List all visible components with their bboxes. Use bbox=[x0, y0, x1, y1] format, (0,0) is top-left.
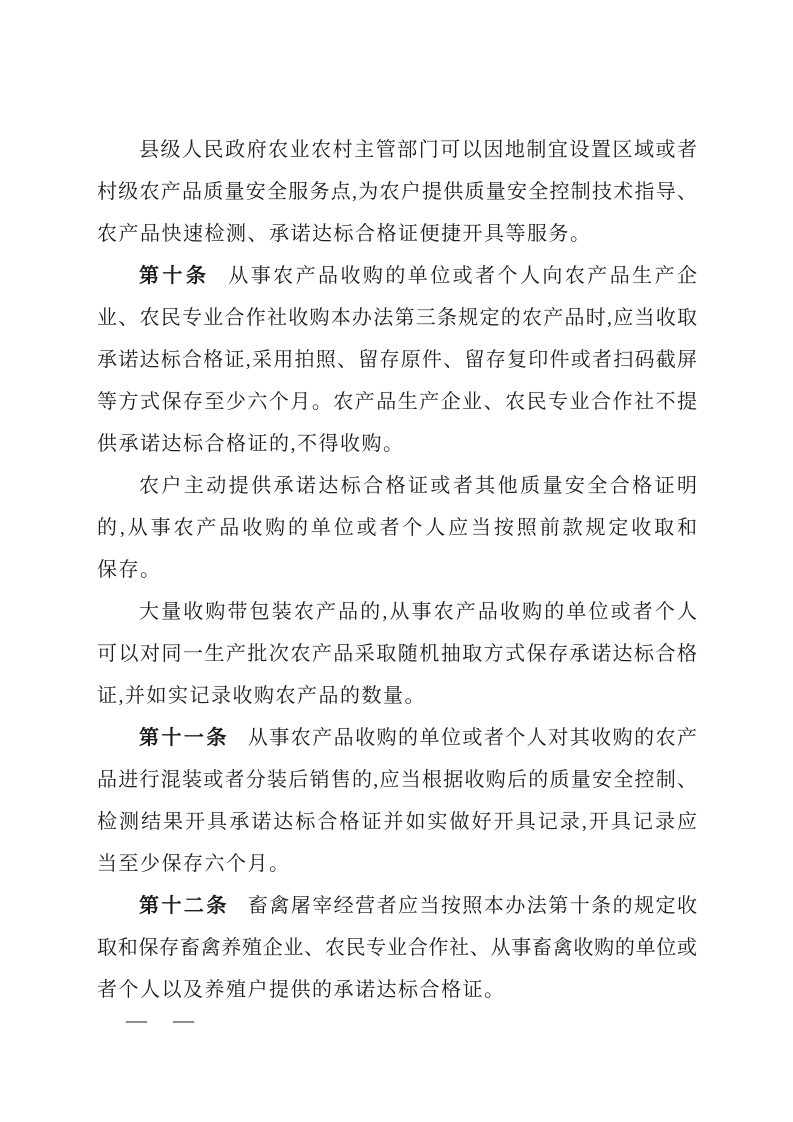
line-text: 当至少保存六个月。 bbox=[97, 853, 291, 875]
text-line: 供承诺达标合格证的,不得收购。 bbox=[97, 423, 697, 465]
article-heading: 第十一条 bbox=[139, 727, 229, 749]
text-line: 的,从事农产品收购的单位或者个人应当按照前款规定收取和 bbox=[97, 507, 697, 549]
line-text: 证,并如实记录收购农产品的数量。 bbox=[97, 685, 426, 707]
line-text: 取和保存畜禽养殖企业、农民专业合作社、从事畜禽收购的单位或 bbox=[97, 937, 697, 959]
line-text: 从事农产品收购的单位或者个人向农产品生产企 bbox=[228, 265, 697, 287]
text-line: 业、农民专业合作社收购本办法第三条规定的农产品时,应当收取 bbox=[97, 297, 697, 339]
page-footer: —— bbox=[126, 1008, 194, 1032]
page-number-dash: — bbox=[126, 1008, 147, 1032]
text-line: 可以对同一生产批次农产品采取随机抽取方式保存承诺达标合格 bbox=[97, 633, 697, 675]
text-line: 第十条从事农产品收购的单位或者个人向农产品生产企 bbox=[97, 255, 697, 297]
line-text: 村级农产品质量安全服务点,为农户提供质量安全控制技术指导、 bbox=[97, 181, 697, 203]
text-line: 农户主动提供承诺达标合格证或者其他质量安全合格证明 bbox=[97, 465, 697, 507]
line-text: 大量收购带包装农产品的,从事农产品收购的单位或者个人 bbox=[139, 601, 697, 623]
line-text: 从事农产品收购的单位或者个人对其收购的农产 bbox=[248, 727, 697, 749]
line-text: 农户主动提供承诺达标合格证或者其他质量安全合格证明 bbox=[139, 475, 697, 497]
line-text: 的,从事农产品收购的单位或者个人应当按照前款规定收取和 bbox=[97, 517, 697, 539]
line-text: 保存。 bbox=[97, 559, 162, 581]
document-body: 县级人民政府农业农村主管部门可以因地制宜设置区域或者 村级农产品质量安全服务点,… bbox=[97, 129, 697, 1011]
line-text: 供承诺达标合格证的,不得收购。 bbox=[97, 433, 405, 455]
text-line: 取和保存畜禽养殖企业、农民专业合作社、从事畜禽收购的单位或 bbox=[97, 927, 697, 969]
text-line: 者个人以及养殖户提供的承诺达标合格证。 bbox=[97, 969, 697, 1011]
text-line: 第十二条畜禽屠宰经营者应当按照本办法第十条的规定收 bbox=[97, 885, 697, 927]
line-text: 品进行混装或者分装后销售的,应当根据收购后的质量安全控制、 bbox=[97, 769, 697, 791]
text-line: 农产品快速检测、承诺达标合格证便捷开具等服务。 bbox=[97, 213, 697, 255]
page-number-dash: — bbox=[173, 1008, 194, 1032]
text-line: 证,并如实记录收购农产品的数量。 bbox=[97, 675, 697, 717]
text-line: 承诺达标合格证,采用拍照、留存原件、留存复印件或者扫码截屏 bbox=[97, 339, 697, 381]
text-line: 第十一条从事农产品收购的单位或者个人对其收购的农产 bbox=[97, 717, 697, 759]
article-heading: 第十条 bbox=[139, 265, 209, 287]
text-line: 等方式保存至少六个月。农产品生产企业、农民专业合作社不提 bbox=[97, 381, 697, 423]
line-text: 业、农民专业合作社收购本办法第三条规定的农产品时,应当收取 bbox=[97, 307, 697, 329]
line-text: 承诺达标合格证,采用拍照、留存原件、留存复印件或者扫码截屏 bbox=[97, 349, 697, 371]
line-text: 者个人以及养殖户提供的承诺达标合格证。 bbox=[97, 979, 506, 1001]
line-text: 县级人民政府农业农村主管部门可以因地制宜设置区域或者 bbox=[139, 139, 697, 161]
text-line: 当至少保存六个月。 bbox=[97, 843, 697, 885]
line-text: 可以对同一生产批次农产品采取随机抽取方式保存承诺达标合格 bbox=[97, 643, 697, 665]
line-text: 检测结果开具承诺达标合格证并如实做好开具记录,开具记录应 bbox=[97, 811, 697, 833]
text-line: 检测结果开具承诺达标合格证并如实做好开具记录,开具记录应 bbox=[97, 801, 697, 843]
line-text: 等方式保存至少六个月。农产品生产企业、农民专业合作社不提 bbox=[97, 391, 697, 413]
article-heading: 第十二条 bbox=[139, 895, 229, 917]
text-line: 村级农产品质量安全服务点,为农户提供质量安全控制技术指导、 bbox=[97, 171, 697, 213]
line-text: 畜禽屠宰经营者应当按照本办法第十条的规定收 bbox=[248, 895, 697, 917]
text-line: 县级人民政府农业农村主管部门可以因地制宜设置区域或者 bbox=[97, 129, 697, 171]
text-line: 保存。 bbox=[97, 549, 697, 591]
line-text: 农产品快速检测、承诺达标合格证便捷开具等服务。 bbox=[97, 223, 592, 245]
text-line: 大量收购带包装农产品的,从事农产品收购的单位或者个人 bbox=[97, 591, 697, 633]
document-page: 县级人民政府农业农村主管部门可以因地制宜设置区域或者 村级农产品质量安全服务点,… bbox=[0, 0, 793, 1122]
text-line: 品进行混装或者分装后销售的,应当根据收购后的质量安全控制、 bbox=[97, 759, 697, 801]
